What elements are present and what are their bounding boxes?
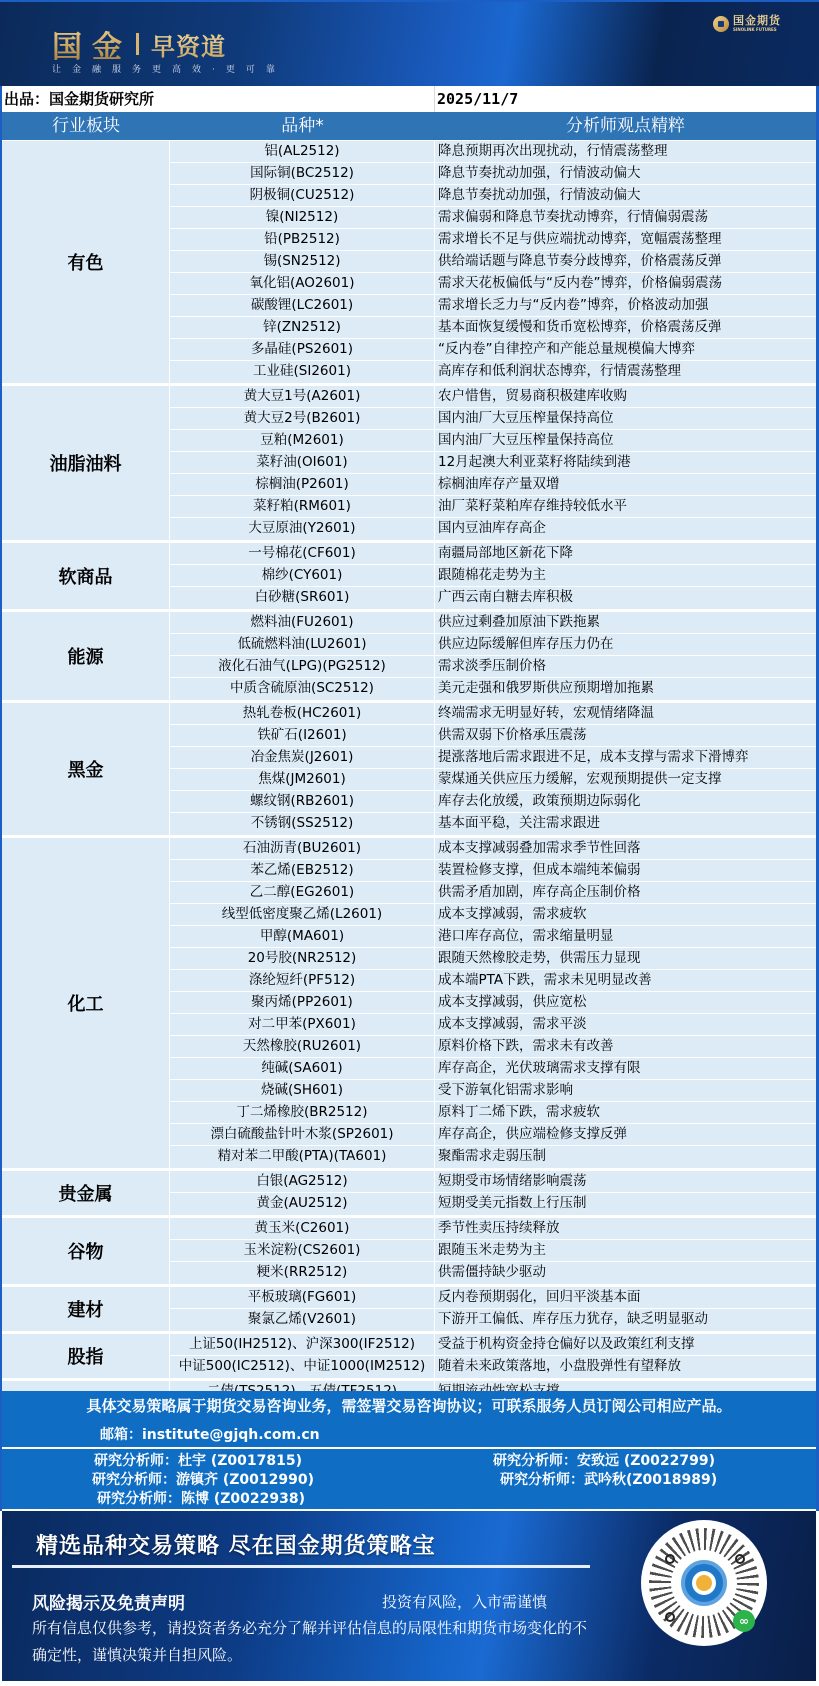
table-row: 上证50(IH2512)、沪深300(IF2512)受益于机构资金持仓偏好以及政…: [170, 1334, 816, 1356]
variety-cell: 多晶硅(PS2601): [170, 339, 435, 360]
table-row: 大豆原油(Y2601)国内豆油库存高企: [170, 518, 816, 540]
table-row: 平板玻璃(FG601)反内卷预期弱化，回归平淡基本面: [170, 1287, 816, 1309]
view-cell: 供需双弱下价格承压震荡: [435, 725, 816, 746]
table-row: 线型低密度聚乙烯(L2601)成本支撑减弱，需求疲软: [170, 904, 816, 926]
variety-cell: 天然橡胶(RU2601): [170, 1036, 435, 1057]
analyst-2: 研究分析师：安致远 (Z0022799): [493, 1450, 715, 1470]
strategy-table: 有色铝(AL2512)降息预期再次出现扰动，行情震荡整理国际铜(BC2512)降…: [2, 141, 816, 1425]
sector-cell: 油脂油料: [2, 386, 170, 540]
table-row: 锌(ZN2512)基本面恢复缓慢和货币宽松博弈，价格震荡反弹: [170, 317, 816, 339]
view-cell: 12月起澳大利亚菜籽将陆续到港: [435, 452, 816, 473]
variety-cell: 菜籽油(OI601): [170, 452, 435, 473]
variety-cell: 国际铜(BC2512): [170, 163, 435, 184]
view-cell: 装置检修支撑，但成本端纯苯偏弱: [435, 860, 816, 881]
view-cell: 南疆局部地区新花下降: [435, 543, 816, 564]
variety-cell: 丁二烯橡胶(BR2512): [170, 1102, 435, 1123]
variety-cell: 黄大豆1号(A2601): [170, 386, 435, 407]
sector-cell: 能源: [2, 612, 170, 700]
view-cell: 原料丁二烯下跌，需求疲软: [435, 1102, 816, 1123]
view-cell: 成本支撑减弱，供应宽松: [435, 992, 816, 1013]
view-cell: 广西云南白糖去库积极: [435, 587, 816, 609]
table-row: 工业硅(SI2601)高库存和低利润状态博弈，行情震荡整理: [170, 361, 816, 383]
view-cell: 降息节奏扰动加强，行情波动偏大: [435, 185, 816, 206]
table-row: 乙二醇(EG2601)供需矛盾加剧，库存高企压制价格: [170, 882, 816, 904]
view-cell: 需求增长不足与供应端扰动博弈，宽幅震荡整理: [435, 229, 816, 250]
column-header-variety: 品种*: [170, 112, 435, 140]
view-cell: 短期受美元指数上行压制: [435, 1193, 816, 1215]
variety-cell: 白银(AG2512): [170, 1171, 435, 1192]
variety-cell: 螺纹钢(RB2601): [170, 791, 435, 812]
table-row: 聚氯乙烯(V2601)下游开工偏低、库存压力犹存，缺乏明显驱动: [170, 1309, 816, 1331]
view-cell: 随着未来政策落地，小盘股弹性有望释放: [435, 1356, 816, 1378]
table-row: 白银(AG2512)短期受市场情绪影响震荡: [170, 1171, 816, 1193]
view-cell: 反内卷预期弱化，回归平淡基本面: [435, 1287, 816, 1308]
table-row: 甲醇(MA601)港口库存高位，需求缩量明显: [170, 926, 816, 948]
variety-cell: 甲醇(MA601): [170, 926, 435, 947]
table-row: 不锈钢(SS2512)基本面平稳，关注需求跟进: [170, 813, 816, 835]
view-cell: 下游开工偏低、库存压力犹存，缺乏明显驱动: [435, 1309, 816, 1331]
sector-cell: 谷物: [2, 1218, 170, 1284]
variety-cell: 乙二醇(EG2601): [170, 882, 435, 903]
variety-cell: 聚氯乙烯(V2601): [170, 1309, 435, 1331]
view-cell: 国内油厂大豆压榨量保持高位: [435, 408, 816, 429]
table-row: 一号棉花(CF601)南疆局部地区新花下降: [170, 543, 816, 565]
sector-cell: 贵金属: [2, 1171, 170, 1215]
view-cell: 港口库存高位，需求缩量明显: [435, 926, 816, 947]
table-row: 烧碱(SH601)受下游氧化铝需求影响: [170, 1080, 816, 1102]
variety-cell: 棉纱(CY601): [170, 565, 435, 586]
qr-code[interactable]: ∞: [641, 1520, 767, 1646]
view-cell: 国内豆油库存高企: [435, 518, 816, 540]
table-row: 镍(NI2512)需求偏弱和降息节奏扰动博弈，行情偏弱震荡: [170, 207, 816, 229]
table-row: 阴极铜(CU2512)降息节奏扰动加强，行情波动偏大: [170, 185, 816, 207]
table-row: 菜籽油(OI601)12月起澳大利亚菜籽将陆续到港: [170, 452, 816, 474]
sector-group: 建材平板玻璃(FG601)反内卷预期弱化，回归平淡基本面聚氯乙烯(V2601)下…: [2, 1287, 816, 1334]
view-cell: 蒙煤通关供应压力缓解，宏观预期提供一定支撑: [435, 769, 816, 790]
variety-cell: 中质含硫原油(SC2512): [170, 678, 435, 700]
variety-cell: 漂白硫酸盐针叶木浆(SP2601): [170, 1124, 435, 1145]
table-row: 黄大豆2号(B2601)国内油厂大豆压榨量保持高位: [170, 408, 816, 430]
table-row: 涤纶短纤(PF512)成本端PTA下跌，需求未见明显改善: [170, 970, 816, 992]
variety-cell: 涤纶短纤(PF512): [170, 970, 435, 991]
variety-cell: 镍(NI2512): [170, 207, 435, 228]
sector-cell: 建材: [2, 1287, 170, 1331]
sector-cell: 有色: [2, 141, 170, 383]
corp-logo: 国金期货 SINOLINK FUTURES: [713, 15, 781, 33]
table-row: 黄玉米(C2601)季节性卖压持续释放: [170, 1218, 816, 1240]
sector-group: 能源燃料油(FU2601)供应过剩叠加原油下跌拖累低硫燃料油(LU2601)供应…: [2, 612, 816, 703]
view-cell: 降息节奏扰动加强，行情波动偏大: [435, 163, 816, 184]
variety-cell: 铝(AL2512): [170, 141, 435, 162]
variety-cell: 黄金(AU2512): [170, 1193, 435, 1215]
table-row: 菜籽粕(RM601)油厂菜籽菜粕库存维持较低水平: [170, 496, 816, 518]
table-row: 苯乙烯(EB2512)装置检修支撑，但成本端纯苯偏弱: [170, 860, 816, 882]
table-row: 氧化铝(AO2601)需求天花板偏低与“反内卷”博弈，价格偏弱震荡: [170, 273, 816, 295]
qr-eye-icon: [735, 1554, 745, 1564]
table-row: 焦煤(JM2601)蒙煤通关供应压力缓解，宏观预期提供一定支撑: [170, 769, 816, 791]
view-cell: 降息预期再次出现扰动，行情震荡整理: [435, 141, 816, 162]
table-row: 丁二烯橡胶(BR2512)原料丁二烯下跌，需求疲软: [170, 1102, 816, 1124]
table-row: 国际铜(BC2512)降息节奏扰动加强，行情波动偏大: [170, 163, 816, 185]
corp-name-en: SINOLINK FUTURES: [733, 27, 781, 33]
variety-cell: 棕榈油(P2601): [170, 474, 435, 495]
sector-group: 化工石油沥青(BU2601)成本支撑减弱叠加需求季节性回落苯乙烯(EB2512)…: [2, 838, 816, 1171]
variety-cell: 黄大豆2号(B2601): [170, 408, 435, 429]
table-row: 液化石油气(LPG)(PG2512)需求淡季压制价格: [170, 656, 816, 678]
view-cell: “反内卷”自律控产和产能总量规模偏大博弈: [435, 339, 816, 360]
view-cell: 基本面恢复缓慢和货币宽松博弈，价格震荡反弹: [435, 317, 816, 338]
brand-separator: [136, 33, 139, 55]
variety-cell: 苯乙烯(EB2512): [170, 860, 435, 881]
risk-disclosure-title: 风险揭示及免责声明: [32, 1589, 185, 1614]
view-cell: 美元走强和俄罗斯供应预期增加拖累: [435, 678, 816, 700]
header-banner: 国金 早资道 让金融服务更高效·更可靠 国金期货 SINOLINK FUTURE…: [0, 0, 819, 86]
view-cell: 供应边际缓解但库存压力仍在: [435, 634, 816, 655]
variety-cell: 大豆原油(Y2601): [170, 518, 435, 540]
view-cell: 终端需求无明显好转，宏观情绪降温: [435, 703, 816, 724]
view-cell: 棕榈油库存产量双增: [435, 474, 816, 495]
table-row: 20号胶(NR2512)跟随天然橡胶走势，供需压力显现: [170, 948, 816, 970]
info-row: 出品：国金期货研究所 2025/11/7: [2, 86, 816, 112]
variety-cell: 低硫燃料油(LU2601): [170, 634, 435, 655]
table-row: 黄金(AU2512)短期受美元指数上行压制: [170, 1193, 816, 1215]
corp-name-cn: 国金期货: [733, 15, 781, 27]
table-row: 燃料油(FU2601)供应过剩叠加原油下跌拖累: [170, 612, 816, 634]
view-cell: 提涨落地后需求跟进不足，成本支撑与需求下滑博弈: [435, 747, 816, 768]
variety-cell: 石油沥青(BU2601): [170, 838, 435, 859]
sector-group: 有色铝(AL2512)降息预期再次出现扰动，行情震荡整理国际铜(BC2512)降…: [2, 141, 816, 386]
brand-logo: 国金: [52, 22, 132, 66]
variety-cell: 液化石油气(LPG)(PG2512): [170, 656, 435, 677]
variety-cell: 一号棉花(CF601): [170, 543, 435, 564]
table-row: 螺纹钢(RB2601)库存去化放缓，政策预期边际弱化: [170, 791, 816, 813]
analyst-3: 研究分析师：游镇齐 (Z0012990): [92, 1469, 314, 1489]
brand: 国金 早资道: [52, 22, 226, 66]
slogan: 让金融服务更高效·更可靠: [52, 62, 286, 75]
compass-logo-icon: [681, 1560, 727, 1606]
producer-label: 出品：国金期货研究所: [2, 86, 435, 112]
variety-cell: 平板玻璃(FG601): [170, 1287, 435, 1308]
table-row: 粳米(RR2512)供需僵持缺少驱动: [170, 1262, 816, 1284]
variety-cell: 碳酸锂(LC2601): [170, 295, 435, 316]
table-row: 豆粕(M2601)国内油厂大豆压榨量保持高位: [170, 430, 816, 452]
qr-eye-icon: [665, 1554, 675, 1564]
view-cell: 油厂菜籽菜粕库存维持较低水平: [435, 496, 816, 517]
variety-cell: 纯碱(SA601): [170, 1058, 435, 1079]
sector-cell: 股指: [2, 1334, 170, 1378]
table-row: 黄大豆1号(A2601)农户惜售，贸易商积极建库收购: [170, 386, 816, 408]
corp-mark-icon: [713, 16, 729, 32]
sector-group: 黑金热轧卷板(HC2601)终端需求无明显好转，宏观情绪降温铁矿石(I2601)…: [2, 703, 816, 838]
variety-cell: 燃料油(FU2601): [170, 612, 435, 633]
variety-cell: 冶金焦炭(J2601): [170, 747, 435, 768]
table-row: 多晶硅(PS2601)“反内卷”自律控产和产能总量规模偏大博弈: [170, 339, 816, 361]
variety-cell: 聚丙烯(PP2601): [170, 992, 435, 1013]
mini-program-icon: ∞: [733, 1610, 755, 1632]
sector-cell: 化工: [2, 838, 170, 1168]
view-cell: 需求天花板偏低与“反内卷”博弈，价格偏弱震荡: [435, 273, 816, 294]
variety-cell: 线型低密度聚乙烯(L2601): [170, 904, 435, 925]
table-row: 铝(AL2512)降息预期再次出现扰动，行情震荡整理: [170, 141, 816, 163]
view-cell: 跟随天然橡胶走势，供需压力显现: [435, 948, 816, 969]
product-name: 早资道: [151, 27, 226, 62]
footer-divider: [2, 1447, 816, 1449]
table-row: 中质含硫原油(SC2512)美元走强和俄罗斯供应预期增加拖累: [170, 678, 816, 700]
table-header: 行业板块 品种* 分析师观点精粹: [2, 112, 816, 140]
table-row: 聚丙烯(PP2601)成本支撑减弱，供应宽松: [170, 992, 816, 1014]
variety-cell: 白砂糖(SR601): [170, 587, 435, 609]
promo-title: 精选品种交易策略 尽在国金期货策略宝: [36, 1529, 436, 1560]
column-header-view: 分析师观点精粹: [435, 112, 816, 140]
table-row: 石油沥青(BU2601)成本支撑减弱叠加需求季节性回落: [170, 838, 816, 860]
view-cell: 供给端话题与降息节奏分歧博弈，价格震荡反弹: [435, 251, 816, 272]
view-cell: 成本支撑减弱叠加需求季节性回落: [435, 838, 816, 859]
table-row: 低硫燃料油(LU2601)供应边际缓解但库存压力仍在: [170, 634, 816, 656]
variety-cell: 精对苯二甲酸(PTA)(TA601): [170, 1146, 435, 1168]
variety-cell: 阴极铜(CU2512): [170, 185, 435, 206]
view-cell: 需求淡季压制价格: [435, 656, 816, 677]
view-cell: 供需矛盾加剧，库存高企压制价格: [435, 882, 816, 903]
variety-cell: 不锈钢(SS2512): [170, 813, 435, 835]
table-row: 精对苯二甲酸(PTA)(TA601)聚酯需求走弱压制: [170, 1146, 816, 1168]
sector-group: 贵金属白银(AG2512)短期受市场情绪影响震荡黄金(AU2512)短期受美元指…: [2, 1171, 816, 1218]
view-cell: 受下游氧化铝需求影响: [435, 1080, 816, 1101]
table-row: 对二甲苯(PX601)成本支撑减弱，需求平淡: [170, 1014, 816, 1036]
table-row: 玉米淀粉(CS2601)跟随玉米走势为主: [170, 1240, 816, 1262]
column-header-sector: 行业板块: [2, 112, 170, 140]
variety-cell: 中证500(IC2512)、中证1000(IM2512): [170, 1356, 435, 1378]
table-row: 棉纱(CY601)跟随棉花走势为主: [170, 565, 816, 587]
variety-cell: 豆粕(M2601): [170, 430, 435, 451]
view-cell: 成本支撑减弱，需求平淡: [435, 1014, 816, 1035]
report-date: 2025/11/7: [435, 86, 816, 112]
view-cell: 高库存和低利润状态博弈，行情震荡整理: [435, 361, 816, 383]
variety-cell: 焦煤(JM2601): [170, 769, 435, 790]
view-cell: 聚酯需求走弱压制: [435, 1146, 816, 1168]
analyst-1: 研究分析师：杜宇 (Z0017815): [94, 1450, 302, 1470]
view-cell: 供需僵持缺少驱动: [435, 1262, 816, 1284]
table-row: 漂白硫酸盐针叶木浆(SP2601)库存高企，供应端检修支撑反弹: [170, 1124, 816, 1146]
view-cell: 需求偏弱和降息节奏扰动博弈，行情偏弱震荡: [435, 207, 816, 228]
sector-group: 软商品一号棉花(CF601)南疆局部地区新花下降棉纱(CY601)跟随棉花走势为…: [2, 543, 816, 612]
variety-cell: 氧化铝(AO2601): [170, 273, 435, 294]
view-cell: 跟随玉米走势为主: [435, 1240, 816, 1261]
table-row: 热轧卷板(HC2601)终端需求无明显好转，宏观情绪降温: [170, 703, 816, 725]
risk-warning-tag: 投资有风险，入市需谨慎: [382, 1591, 547, 1612]
email-contact[interactable]: 邮箱：institute@gjqh.com.cn: [100, 1424, 320, 1444]
variety-cell: 玉米淀粉(CS2601): [170, 1240, 435, 1261]
table-row: 白砂糖(SR601)广西云南白糖去库积极: [170, 587, 816, 609]
table-row: 碳酸锂(LC2601)需求增长乏力与“反内卷”博弈，价格波动加强: [170, 295, 816, 317]
sector-cell: 黑金: [2, 703, 170, 835]
variety-cell: 对二甲苯(PX601): [170, 1014, 435, 1035]
variety-cell: 锡(SN2512): [170, 251, 435, 272]
table-row: 天然橡胶(RU2601)原料价格下跌，需求未有改善: [170, 1036, 816, 1058]
view-cell: 库存高企，光伏玻璃需求支撑有限: [435, 1058, 816, 1079]
sector-group: 股指上证50(IH2512)、沪深300(IF2512)受益于机构资金持仓偏好以…: [2, 1334, 816, 1381]
table-row: 棕榈油(P2601)棕榈油库存产量双增: [170, 474, 816, 496]
view-cell: 季节性卖压持续释放: [435, 1218, 816, 1239]
sector-cell: 软商品: [2, 543, 170, 609]
analyst-5: 研究分析师：陈博 (Z0022938): [97, 1488, 305, 1508]
variety-cell: 菜籽粕(RM601): [170, 496, 435, 517]
table-row: 纯碱(SA601)库存高企，光伏玻璃需求支撑有限: [170, 1058, 816, 1080]
view-cell: 跟随棉花走势为主: [435, 565, 816, 586]
view-cell: 成本端PTA下跌，需求未见明显改善: [435, 970, 816, 991]
view-cell: 短期受市场情绪影响震荡: [435, 1171, 816, 1192]
view-cell: 成本支撑减弱，需求疲软: [435, 904, 816, 925]
table-row: 冶金焦炭(J2601)提涨落地后需求跟进不足，成本支撑与需求下滑博弈: [170, 747, 816, 769]
promo-divider: [12, 1565, 590, 1568]
view-cell: 农户惜售，贸易商积极建库收购: [435, 386, 816, 407]
variety-cell: 工业硅(SI2601): [170, 361, 435, 383]
variety-cell: 热轧卷板(HC2601): [170, 703, 435, 724]
table-row: 锡(SN2512)供给端话题与降息节奏分歧博弈，价格震荡反弹: [170, 251, 816, 273]
view-cell: 基本面平稳，关注需求跟进: [435, 813, 816, 835]
view-cell: 受益于机构资金持仓偏好以及政策红利支撑: [435, 1334, 816, 1355]
view-cell: 库存去化放缓，政策预期边际弱化: [435, 791, 816, 812]
view-cell: 库存高企，供应端检修支撑反弹: [435, 1124, 816, 1145]
variety-cell: 上证50(IH2512)、沪深300(IF2512): [170, 1334, 435, 1355]
variety-cell: 黄玉米(C2601): [170, 1218, 435, 1239]
risk-disclosure-text: 所有信息仅供参考，请投资者务必充分了解并评估信息的局限性和期货市场变化的不确定性…: [32, 1615, 592, 1669]
variety-cell: 20号胶(NR2512): [170, 948, 435, 969]
footer: 具体交易策略属于期货交易咨询业务，需签署交易咨询协议；可联系服务人员订阅公司相应…: [2, 1391, 816, 1509]
variety-cell: 锌(ZN2512): [170, 317, 435, 338]
variety-cell: 铅(PB2512): [170, 229, 435, 250]
table-row: 铁矿石(I2601)供需双弱下价格承压震荡: [170, 725, 816, 747]
qr-eye-icon: [665, 1612, 675, 1622]
view-cell: 需求增长乏力与“反内卷”博弈，价格波动加强: [435, 295, 816, 316]
analyst-4: 研究分析师：武吟秋(Z0018989): [500, 1469, 717, 1489]
variety-cell: 铁矿石(I2601): [170, 725, 435, 746]
variety-cell: 烧碱(SH601): [170, 1080, 435, 1101]
sector-group: 谷物黄玉米(C2601)季节性卖压持续释放玉米淀粉(CS2601)跟随玉米走势为…: [2, 1218, 816, 1287]
sector-group: 油脂油料黄大豆1号(A2601)农户惜售，贸易商积极建库收购黄大豆2号(B260…: [2, 386, 816, 543]
variety-cell: 粳米(RR2512): [170, 1262, 435, 1284]
table-row: 中证500(IC2512)、中证1000(IM2512)随着未来政策落地，小盘股…: [170, 1356, 816, 1378]
table-row: 铅(PB2512)需求增长不足与供应端扰动博弈，宽幅震荡整理: [170, 229, 816, 251]
view-cell: 国内油厂大豆压榨量保持高位: [435, 430, 816, 451]
subscription-notice: 具体交易策略属于期货交易咨询业务，需签署交易咨询协议；可联系服务人员订阅公司相应…: [2, 1395, 816, 1416]
view-cell: 原料价格下跌，需求未有改善: [435, 1036, 816, 1057]
view-cell: 供应过剩叠加原油下跌拖累: [435, 612, 816, 633]
